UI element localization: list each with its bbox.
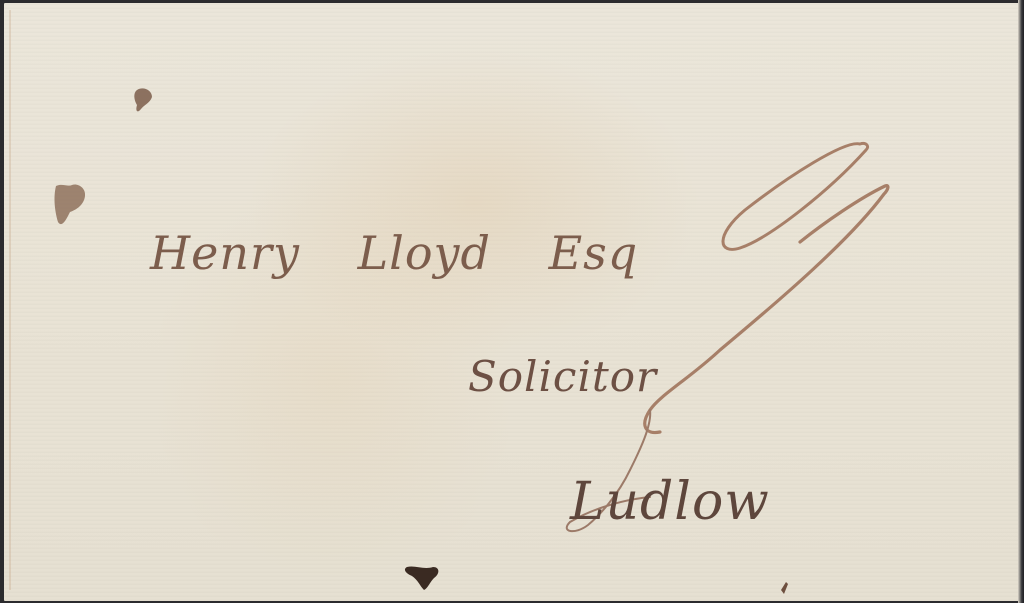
destination-town: Ludlow [570,472,770,532]
manuscript-marks [0,0,1024,603]
scanned-letter-cover: Henry Lloyd Esq Solicitor Ludlow 9 [0,0,1024,603]
addressee-first-name: Henry [150,226,300,280]
addressee-line: Henry Lloyd Esq [150,226,680,280]
addressee-surname: Lloyd [358,226,491,280]
addressee-honorific: Esq [549,226,639,280]
addressee-profession: Solicitor [468,352,657,401]
